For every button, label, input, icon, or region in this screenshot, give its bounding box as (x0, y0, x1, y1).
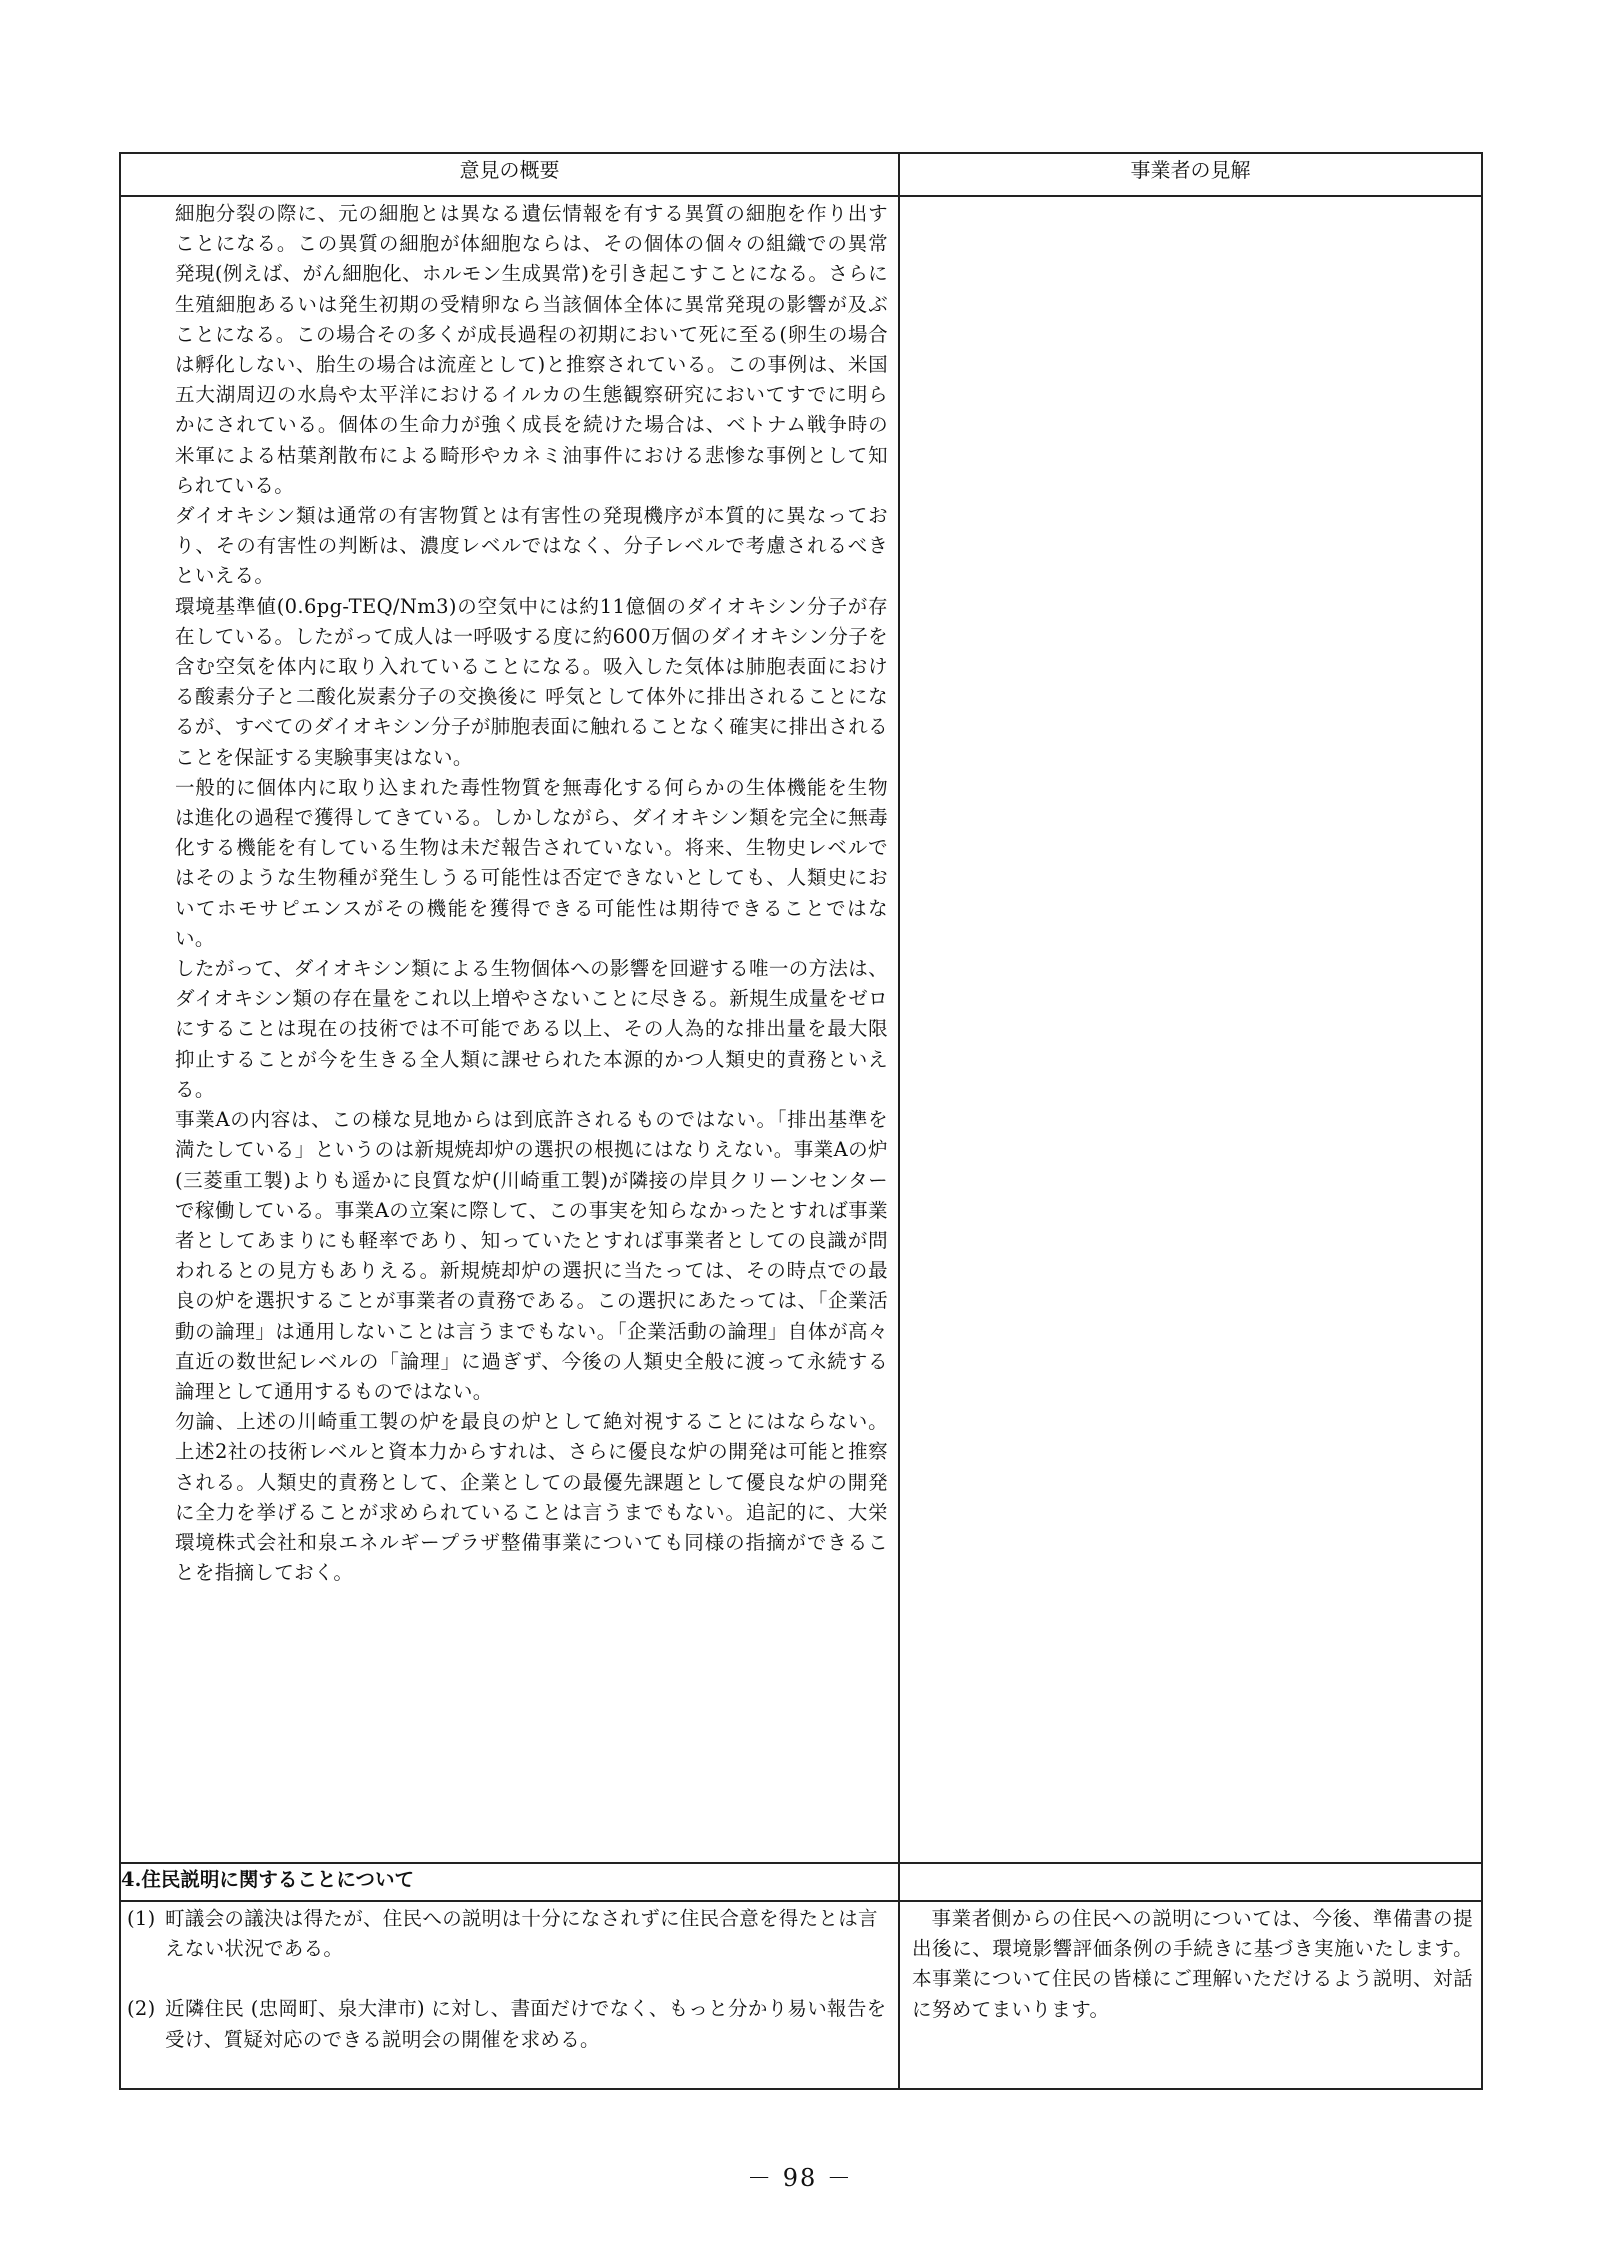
table-row: 細胞分裂の際に、元の細胞とは異なる遺伝情報を有する異質の細胞を作り出すことになる… (120, 196, 1482, 1863)
business-response-text: 事業者側からの住民への説明については、今後、準備書の提出後に、環境影響評価条例の… (900, 1902, 1481, 2025)
item-number: (2) (127, 1994, 165, 2054)
paragraph: したがって、ダイオキシン類による生物個体への影響を回避する唯一の方法は、ダイオキ… (175, 954, 888, 1105)
header-opinion-summary: 意見の概要 (120, 153, 899, 196)
section-title: 4.住民説明に関することについて (120, 1863, 899, 1901)
table-row: (1) 町議会の議決は得たが、住民への説明は十分になされずに住民合意を得たとは言… (120, 1901, 1482, 2089)
paragraph: ダイオキシン類は通常の有害物質とは有害性の発現機序が本質的に異なっており、その有… (175, 501, 888, 592)
paragraph: 事業Aの内容は、この様な見地からは到底許されるものではない。「排出基準を満たして… (175, 1105, 888, 1407)
document-page: 意見の概要 事業者の見解 細胞分裂の際に、元の細胞とは異なる遺伝情報を有する異質… (0, 0, 1600, 2263)
item-number: (1) (127, 1904, 165, 1964)
header-business-view: 事業者の見解 (899, 153, 1482, 196)
page-number: － 98 － (0, 2158, 1600, 2193)
paragraph: 勿論、上述の川崎重工製の炉を最良の炉として絶対視することにはならない。上述2社の… (175, 1407, 888, 1588)
opinion-items: (1) 町議会の議決は得たが、住民への説明は十分になされずに住民合意を得たとは言… (121, 1902, 898, 2055)
opinion-response-table: 意見の概要 事業者の見解 細胞分裂の際に、元の細胞とは異なる遺伝情報を有する異質… (119, 152, 1483, 2090)
list-item: (1) 町議会の議決は得たが、住民への説明は十分になされずに住民合意を得たとは言… (127, 1904, 890, 1964)
list-item: (2) 近隣住民 (忠岡町、泉大津市) に対し、書面だけでなく、もっと分かり易い… (127, 1994, 890, 2054)
paragraph: 一般的に個体内に取り込まれた毒性物質を無毒化する何らかの生体機能を生物は進化の過… (175, 773, 888, 954)
opinion-text-block: 細胞分裂の際に、元の細胞とは異なる遺伝情報を有する異質の細胞を作り出すことになる… (121, 197, 898, 1588)
paragraph: 細胞分裂の際に、元の細胞とは異なる遺伝情報を有する異質の細胞を作り出すことになる… (175, 199, 888, 501)
table-header-row: 意見の概要 事業者の見解 (120, 153, 1482, 196)
section-response-empty (899, 1863, 1482, 1901)
item-text: 近隣住民 (忠岡町、泉大津市) に対し、書面だけでなく、もっと分かり易い報告を受… (165, 1994, 890, 2054)
opinion-items-cell: (1) 町議会の議決は得たが、住民への説明は十分になされずに住民合意を得たとは言… (120, 1901, 899, 2089)
item-text: 町議会の議決は得たが、住民への説明は十分になされずに住民合意を得たとは言えない状… (165, 1904, 890, 1964)
response-cell: 事業者側からの住民への説明については、今後、準備書の提出後に、環境影響評価条例の… (899, 1901, 1482, 2089)
response-cell-empty (899, 196, 1482, 1863)
section-heading-row: 4.住民説明に関することについて (120, 1863, 1482, 1901)
opinion-cell: 細胞分裂の際に、元の細胞とは異なる遺伝情報を有する異質の細胞を作り出すことになる… (120, 196, 899, 1863)
paragraph: 環境基準値(0.6pg-TEQ/Nm3)の空気中には約11億個のダイオキシン分子… (175, 592, 888, 773)
